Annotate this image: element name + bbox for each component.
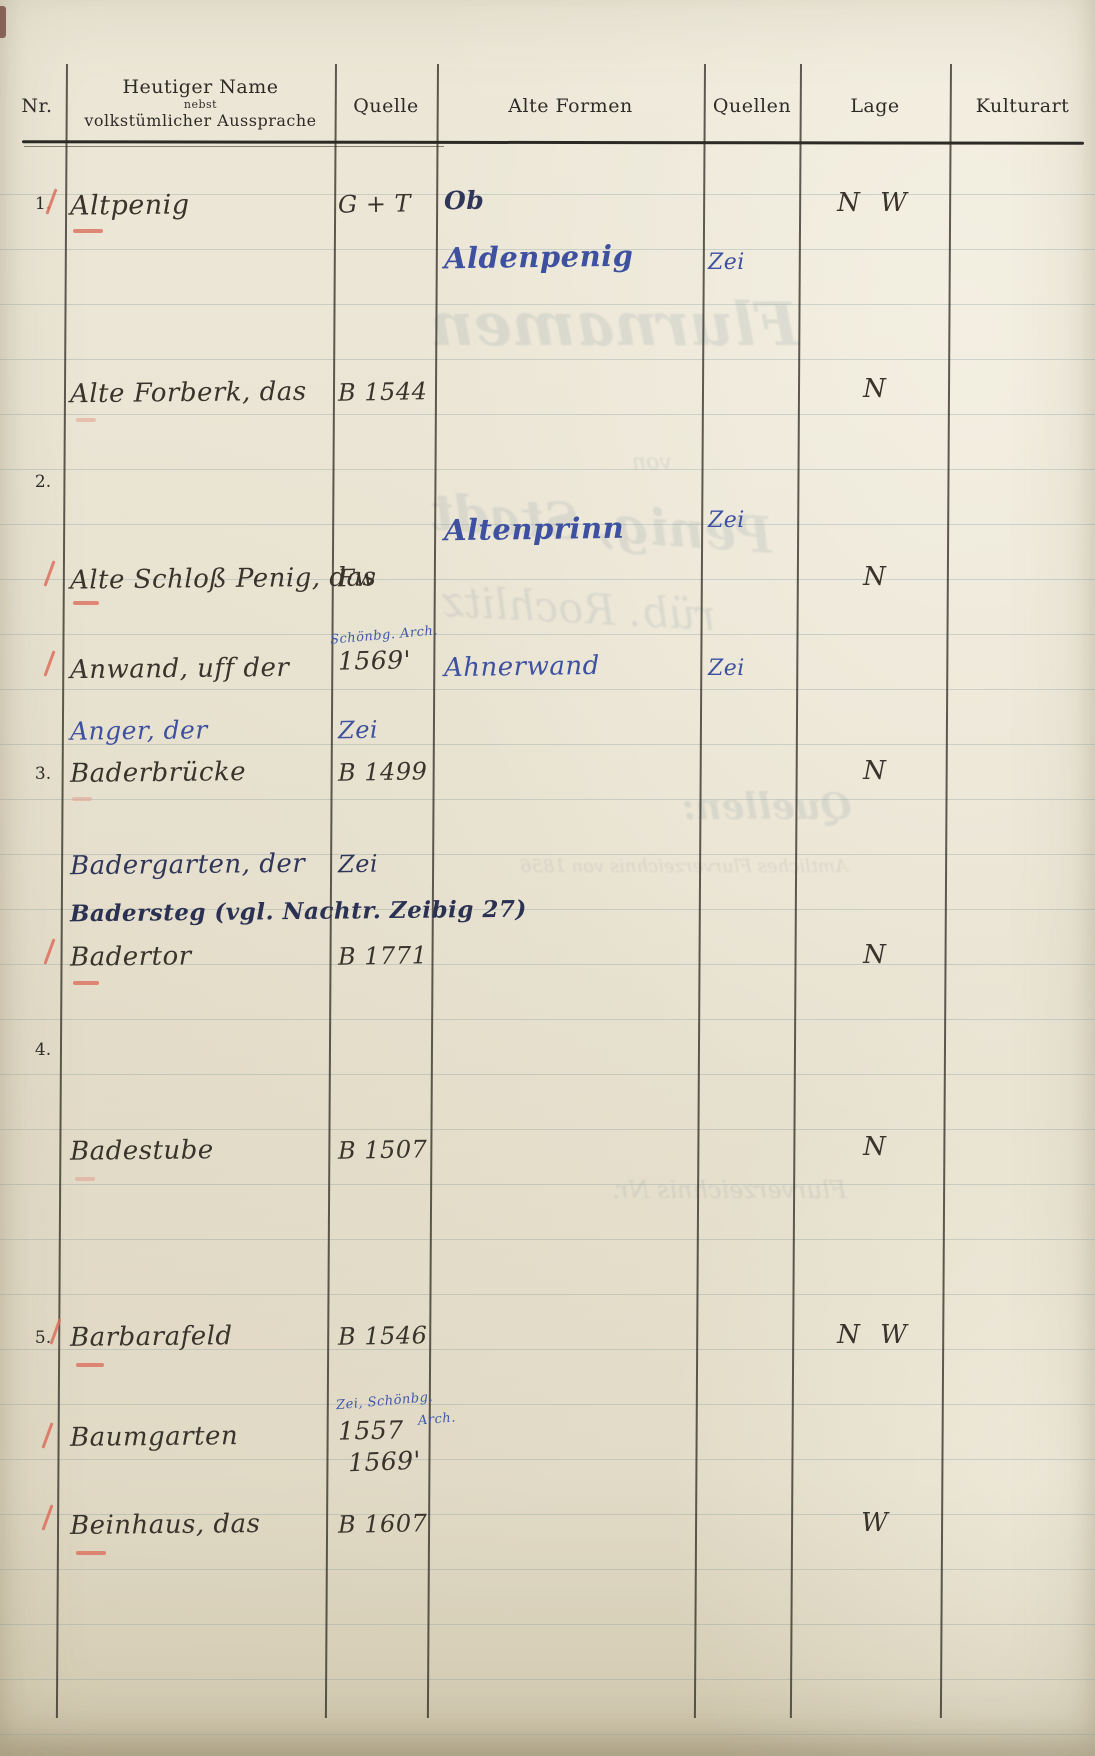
bleedthrough-text: Flurverzeichnis Nr.	[612, 1176, 846, 1204]
entry-quelle-2: 1569'	[348, 1446, 422, 1478]
column-line	[940, 64, 952, 1718]
entry-lage: N	[800, 756, 950, 786]
entry-alte-form: Aldenpenig	[444, 239, 634, 276]
col-header-quelle: Quelle	[335, 95, 437, 117]
entry-lage: N	[800, 562, 950, 592]
entry-quellen: Zei	[708, 508, 745, 533]
entry-name: Altpenig	[70, 189, 190, 221]
bleedthrough-text: rüb. Rochlitz	[441, 577, 717, 640]
paper-ruling-line	[0, 634, 1095, 635]
red-checkmark	[41, 1504, 53, 1530]
col-header-kulturart: Kulturart	[950, 95, 1095, 117]
paper-ruling-line	[0, 1129, 1095, 1130]
paper-ruling-line	[0, 1679, 1095, 1680]
scanned-register-page: FlurnamenvonPenig, Stadtrüb. RochlitzQue…	[0, 0, 1095, 1756]
header-divider	[22, 140, 1084, 144]
entry-quelle: G + T	[338, 189, 412, 218]
col-header-name: Heutiger Name	[66, 76, 335, 98]
paper-ruling-line	[0, 1459, 1095, 1460]
entry-quelle: Zei	[338, 716, 379, 745]
entry-lage: N W	[800, 1320, 950, 1350]
entry-alte-form: Ahnerwand	[444, 651, 600, 683]
entry-alte-form: Altenprinn	[444, 511, 625, 548]
paper-ruling-line	[0, 359, 1095, 360]
entry-number: 3.	[26, 764, 60, 784]
entry-lage: N	[800, 940, 950, 970]
entry-number: 1.	[26, 194, 60, 214]
red-underline	[73, 229, 103, 233]
paper-ruling-line	[0, 304, 1095, 305]
entry-name: Anger, der	[70, 715, 208, 745]
entry-quelle: B 1507	[338, 1135, 428, 1165]
paper-ruling-line	[0, 1019, 1095, 1020]
paper-ruling-line	[0, 1624, 1095, 1625]
entry-quelle: B 1771	[338, 941, 428, 971]
entry-quelle: B 1607	[338, 1509, 428, 1539]
col-header-quellen: Quellen	[704, 95, 800, 117]
entry-quellen: Zei	[708, 656, 745, 681]
entry-quelle: 1557	[338, 1415, 404, 1445]
bleedthrough-text: von	[632, 450, 672, 475]
red-smudge-mark	[72, 797, 92, 801]
entry-lage: N W	[800, 188, 950, 218]
column-line	[56, 64, 68, 1718]
red-underline	[76, 1363, 104, 1367]
paper-ruling-line	[0, 1569, 1095, 1570]
entry-quelle-note: Zei, Schönbg.	[336, 1390, 434, 1413]
bleedthrough-text: Amtliches Flurverzeichnis von 1856	[520, 856, 848, 877]
paper-ruling-line	[0, 1294, 1095, 1295]
entry-alte-form: Ob	[444, 186, 485, 216]
paper-ruling-line	[0, 414, 1095, 415]
entry-name: Anwand, uff der	[70, 653, 290, 685]
entry-name: Beinhaus, das	[70, 1509, 261, 1541]
red-checkmark	[43, 560, 55, 586]
entry-name: Badersteg (vgl. Nachtr. Zeibig 27)	[70, 896, 527, 928]
bleedthrough-text: Flurnamen	[430, 290, 798, 360]
entry-number: 4.	[26, 1040, 60, 1060]
red-checkmark	[43, 650, 55, 676]
paper-ruling-line	[0, 1239, 1095, 1240]
col-header-alte-formen: Alte Formen	[437, 95, 704, 117]
entry-lage: W	[800, 1508, 950, 1538]
red-underline	[73, 981, 99, 985]
entry-quelle-note-2: Arch.	[417, 1410, 456, 1428]
entry-name: Badertor	[70, 941, 192, 972]
paper-ruling-line	[0, 799, 1095, 800]
red-smudge-mark	[76, 418, 96, 422]
entry-quelle: Fw	[338, 564, 377, 593]
entry-quellen: Zei	[708, 250, 745, 275]
col-header-nr: Nr.	[8, 95, 66, 117]
red-smudge-mark	[75, 1177, 95, 1181]
entry-name: Badergarten, der	[70, 849, 306, 881]
entry-name: Barbarafeld	[70, 1321, 233, 1353]
red-checkmark	[41, 1422, 53, 1448]
entry-lage: N	[800, 374, 950, 404]
paper-ruling-line	[0, 469, 1095, 470]
entry-name: Baumgarten	[70, 1421, 238, 1453]
entry-name: Badestube	[70, 1135, 214, 1167]
paper-ruling-line	[0, 1734, 1095, 1735]
red-underline	[73, 601, 99, 605]
paper-ruling-line	[0, 1404, 1095, 1405]
entry-quelle: B 1544	[338, 377, 428, 407]
col-header-name-sub2: volkstümlicher Aussprache	[66, 111, 335, 130]
header-divider-2	[24, 146, 444, 147]
entry-name: Alte Schloß Penig, das	[70, 562, 377, 595]
scan-edge-mark	[0, 6, 6, 38]
col-header-lage: Lage	[800, 95, 950, 117]
entry-quelle: Zei	[338, 850, 379, 879]
entry-name: Baderbrücke	[70, 757, 246, 789]
red-checkmark	[43, 938, 55, 964]
col-header-name-sub1: nebst	[66, 98, 335, 111]
bleedthrough-text: Quellen:	[682, 786, 852, 828]
entry-name: Alte Forberk, das	[70, 377, 307, 409]
paper-ruling-line	[0, 689, 1095, 690]
entry-quelle: B 1546	[338, 1321, 428, 1351]
red-underline	[76, 1551, 106, 1555]
entry-quelle: B 1499	[338, 757, 428, 787]
paper-ruling-line	[0, 1074, 1095, 1075]
entry-quelle: 1569'	[338, 645, 411, 675]
entry-number: 2.	[26, 472, 60, 492]
column-line	[325, 64, 337, 1718]
entry-lage: N	[800, 1132, 950, 1162]
paper-ruling-line	[0, 1184, 1095, 1185]
entry-quelle-note: Schönbg. Arch.	[330, 623, 439, 647]
